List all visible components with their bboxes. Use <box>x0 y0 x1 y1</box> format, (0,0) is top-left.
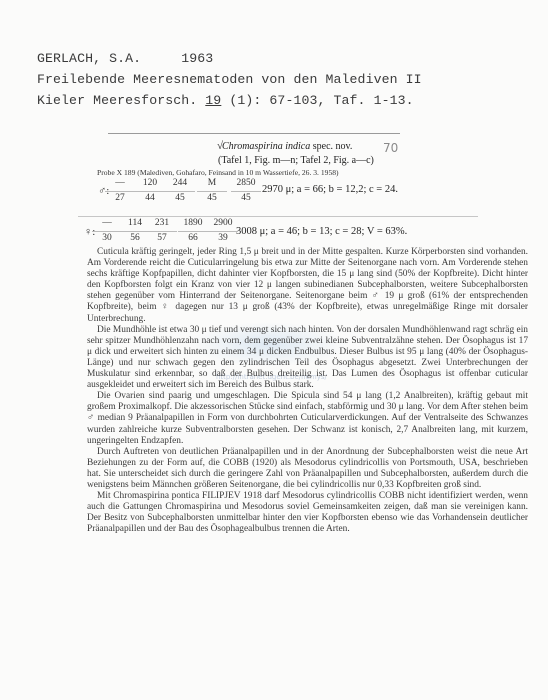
male-fraction-1: —27 <box>105 178 135 204</box>
citation-author-line: GERLACH, S.A. 1963 <box>37 52 213 65</box>
male-fraction-2: 12044 <box>135 178 165 204</box>
species-heading: Chromaspirina indica spec. nov. <box>222 141 352 152</box>
paragraph-mundhoehle: Die Mundhöhle ist etwa 30 μ tief und ver… <box>87 325 528 392</box>
paragraph-vergleich: Durch Auftreten von deutlichen Präanalpa… <box>87 447 528 491</box>
female-fraction-3: 23157 <box>147 218 177 244</box>
male-fraction-3: 24445 <box>165 178 195 204</box>
species-suffix: spec. nov. <box>310 141 352 152</box>
female-fraction-4: 189066 <box>178 218 208 244</box>
citation-author: GERLACH, S.A. <box>37 51 141 66</box>
citation-year: 1963 <box>181 51 213 66</box>
citation-journal-line: Kieler Meeresforsch. 19 (1): 67-103, Taf… <box>37 94 414 107</box>
citation-journal: Kieler Meeresforsch. <box>37 93 197 108</box>
female-fraction-5: 290039 <box>208 218 238 244</box>
species-name: Chromaspirina indica <box>222 141 310 152</box>
female-measurements: 3008 μ; a = 46; b = 13; c = 28; V = 63%. <box>236 226 407 237</box>
sample-info: Probe X 189 (Malediven, Gohafaro, Feinsa… <box>97 168 339 177</box>
citation-pages: (1): 67-103, Taf. 1-13. <box>221 93 413 108</box>
paragraph-cuticula: Cuticula kräftig geringelt, jeder Ring 1… <box>87 247 528 325</box>
male-fraction-4: M45 <box>197 178 227 204</box>
handwritten-number: 70 <box>383 141 398 155</box>
male-measurements: 2970 μ; a = 66; b = 12,2; c = 24. <box>262 184 398 195</box>
description-body: Cuticula kräftig geringelt, jeder Ring 1… <box>87 247 528 535</box>
citation-volume: 19 <box>205 93 221 108</box>
figure-reference: (Tafel 1, Fig. m—n; Tafel 2, Fig. a—c) <box>218 155 374 166</box>
male-fraction-5: 285045 <box>231 178 261 204</box>
paragraph-abgrenzung: Mit Chromaspirina pontica FILIPJEV 1918 … <box>87 491 528 535</box>
citation-title: Freilebende Meeresnematoden von den Male… <box>37 73 422 86</box>
female-fraction-1: —30 <box>92 218 122 244</box>
top-rule <box>108 133 400 134</box>
paragraph-ovarien: Die Ovarien sind paarig und umgeschlagen… <box>87 391 528 446</box>
mid-rule <box>78 216 478 217</box>
female-fraction-2: 11456 <box>120 218 150 244</box>
